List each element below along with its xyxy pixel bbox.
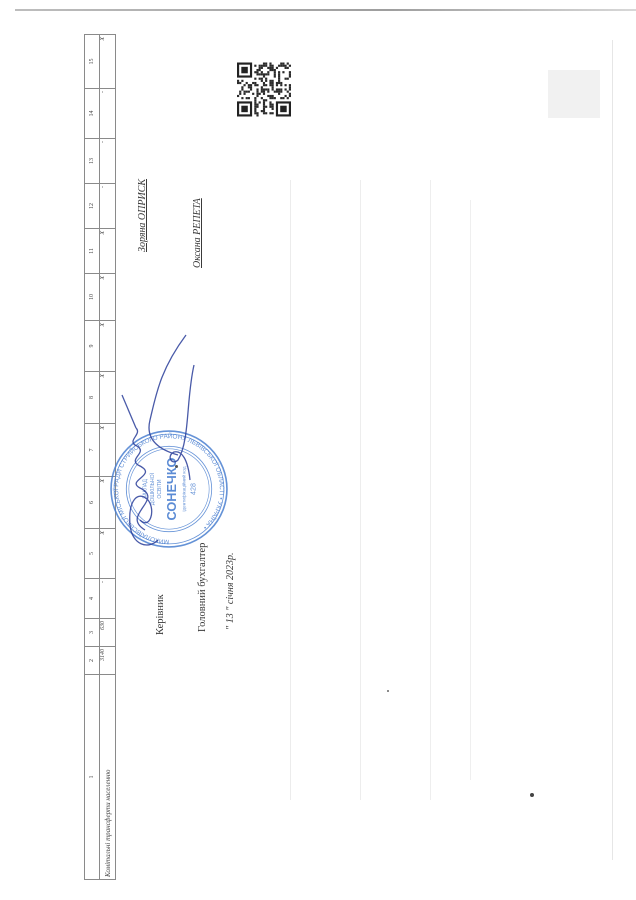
- table-cell: 3140: [100, 647, 116, 675]
- speck: [387, 690, 389, 692]
- table-cell: -: [100, 89, 116, 139]
- table-cell: Х: [100, 35, 116, 89]
- table-cell: Х: [100, 229, 116, 274]
- col-header: 4: [85, 579, 100, 619]
- col-header: 11: [85, 229, 100, 274]
- col-header: 14: [85, 89, 100, 139]
- bleed-through-line: [290, 180, 291, 800]
- bleed-through-line: [470, 200, 471, 780]
- qr-code-icon: [237, 62, 291, 117]
- accountant-name: Оксана РЕПЕТА: [192, 198, 203, 268]
- col-header: 10: [85, 274, 100, 321]
- row-name: Комітальні трансферти населенню: [100, 675, 116, 880]
- bleed-through-line: [360, 180, 361, 800]
- col-header: 1: [85, 675, 100, 880]
- table-cell: -: [100, 139, 116, 184]
- document-date: " 13 " січня 2023р.: [225, 553, 236, 631]
- table-cell: -: [100, 184, 116, 229]
- rotated-page: 1 2 3 4 5 6 7 8 9 10 11 12 13 14 15 Комі…: [0, 0, 636, 900]
- col-header: 12: [85, 184, 100, 229]
- signature-scribble-icon: [90, 330, 200, 570]
- head-label: Керівник: [155, 594, 166, 635]
- col-header: 3: [85, 619, 100, 647]
- table-cell: Х: [100, 274, 116, 321]
- col-header: 2: [85, 647, 100, 675]
- speck: [175, 465, 178, 468]
- table-cell: -: [100, 579, 116, 619]
- table-cell: 630: [100, 619, 116, 647]
- speck: [530, 793, 534, 797]
- head-name: Зоряна ОПРИСК: [137, 179, 148, 252]
- col-header: 13: [85, 139, 100, 184]
- col-header: 15: [85, 35, 100, 89]
- bleed-through-line: [430, 180, 431, 800]
